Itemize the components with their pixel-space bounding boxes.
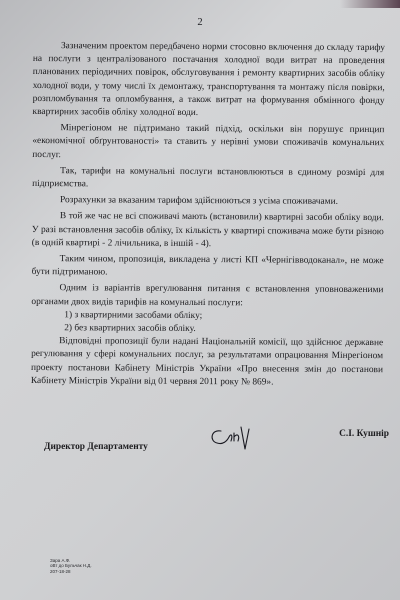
signatory-name: С.І. Кушнір <box>339 429 389 439</box>
executor-phone: 207-18-28 <box>50 569 92 574</box>
executor-note: Зара А.Ф. оВт до Бульчак Н.Д. 207-18-28 <box>50 558 92 574</box>
handwritten-signature-icon <box>207 423 257 455</box>
paragraph-options: Одним із варіантів врегулювання питання … <box>31 282 383 311</box>
paragraph-conclusion: Таким чином, пропозиція, викладена у лис… <box>32 253 384 282</box>
paragraph-proposal-description: Зазначеним проектом передбачено норми ст… <box>33 40 385 121</box>
paragraph-tariff-uniform: Так, тарифи на комунальні послуги встано… <box>32 165 384 194</box>
document-page: 2 Зазначеним проектом передбачено норми … <box>0 0 400 600</box>
signatory-title: Директор Департаменту <box>44 442 148 452</box>
executor-extra: оВт до Бульчак Н.Д. <box>50 563 92 568</box>
document-body: Зазначеним проектом передбачено норми ст… <box>31 40 385 390</box>
signature-block: Директор Департаменту С.І. Кушнір <box>44 425 389 465</box>
page-number: 2 <box>0 17 400 28</box>
paragraph-closing: Відповідні пропозиції були надані Націон… <box>31 335 383 390</box>
paragraph-meters: В той же час не всі споживачі мають (вст… <box>32 210 384 252</box>
paragraph-settlements: Розрахунки за вказаним тарифом здійснюют… <box>32 194 384 209</box>
paragraph-minregion-position: Мінрегіоном не підтримано такий підхід, … <box>32 122 384 164</box>
